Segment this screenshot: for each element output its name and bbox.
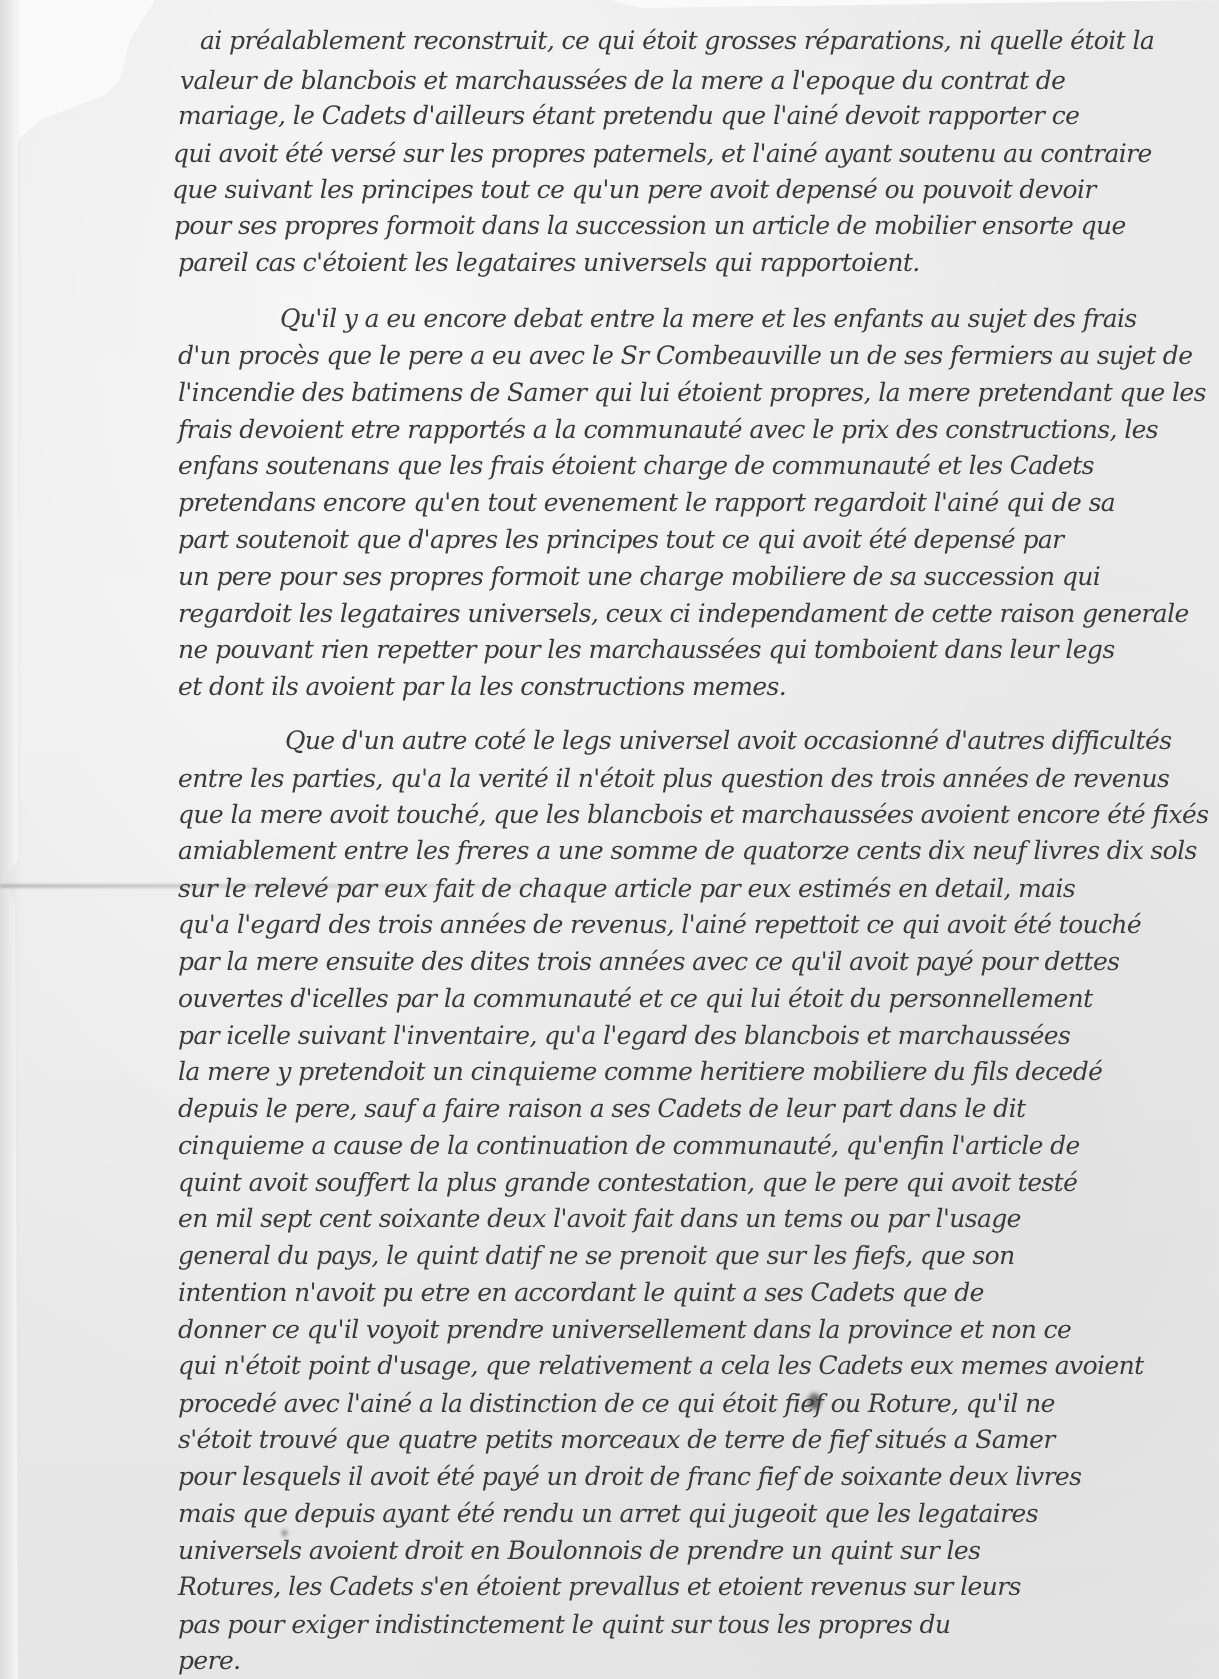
manuscript-line: l'incendie des batimens de Samer qui lui…	[178, 378, 1206, 407]
manuscript-line: amiablement entre les freres a une somme…	[178, 836, 1197, 865]
manuscript-line: depuis le pere, sauf a faire raison a se…	[178, 1094, 1025, 1123]
manuscript-line: entre les parties, qu'a la verité il n'é…	[178, 764, 1169, 793]
manuscript-line: mariage, le Cadets d'ailleurs étant pret…	[178, 101, 1079, 130]
manuscript-line: que suivant les principes tout ce qu'un …	[172, 175, 1096, 204]
manuscript-line: regardoit les legataires universels, ceu…	[178, 599, 1189, 628]
manuscript-line: mais que depuis ayant été rendu un arret…	[178, 1499, 1038, 1528]
manuscript-scan: ai préalablement reconstruit, ce qui éto…	[0, 0, 1219, 1679]
manuscript-line: par icelle suivant l'inventaire, qu'a l'…	[178, 1021, 1070, 1050]
manuscript-line: pretendans encore qu'en tout evenement l…	[178, 488, 1115, 517]
manuscript-line: sur le relevé par eux fait de chaque art…	[178, 874, 1075, 903]
manuscript-line: qui n'étoit point d'usage, que relativem…	[178, 1351, 1144, 1380]
manuscript-line: par la mere ensuite des dites trois anné…	[178, 947, 1119, 976]
manuscript-line: s'étoit trouvé que quatre petits morceau…	[178, 1425, 1055, 1454]
manuscript-line: enfans soutenans que les frais étoient c…	[178, 451, 1094, 480]
manuscript-line: intention n'avoit pu etre en accordant l…	[178, 1278, 984, 1307]
manuscript-line: general du pays, le quint datif ne se pr…	[178, 1241, 1015, 1270]
manuscript-line: cinquieme a cause de la continuation de …	[178, 1131, 1080, 1160]
manuscript-line: Que d'un autre coté le legs universel av…	[285, 726, 1171, 755]
manuscript-line: qu'a l'egard des trois années de revenus…	[178, 910, 1141, 939]
manuscript-line: ai préalablement reconstruit, ce qui éto…	[200, 26, 1154, 55]
manuscript-line: quint avoit souffert la plus grande cont…	[178, 1168, 1077, 1197]
manuscript-line: universels avoient droit en Boulonnois d…	[178, 1536, 980, 1565]
manuscript-line: un pere pour ses propres formoit une cha…	[178, 562, 1100, 591]
manuscript-line: qui avoit été versé sur les propres pate…	[173, 139, 1152, 168]
manuscript-line: en mil sept cent soixante deux l'avoit f…	[178, 1204, 1021, 1233]
paper-edge	[0, 0, 22, 1679]
manuscript-line: la mere y pretendoit un cinquieme comme …	[178, 1057, 1102, 1086]
manuscript-line: Rotures, les Cadets s'en étoient prevall…	[178, 1572, 1021, 1601]
manuscript-line: valeur de blancbois et marchaussées de l…	[180, 66, 1065, 95]
manuscript-line: pour ses propres formoit dans la success…	[174, 211, 1126, 240]
manuscript-line: donner ce qu'il voyoit prendre universel…	[178, 1315, 1071, 1344]
manuscript-line: procedé avec l'ainé a la distinction de …	[178, 1389, 1055, 1418]
manuscript-line: et dont ils avoient par la les construct…	[178, 672, 786, 701]
manuscript-line: d'un procès que le pere a eu avec le Sr …	[178, 341, 1192, 370]
manuscript-line: part soutenoit que d'apres les principes…	[178, 525, 1064, 554]
manuscript-line: ouvertes d'icelles par la communauté et …	[178, 984, 1093, 1013]
manuscript-line: ne pouvant rien repetter pour les marcha…	[178, 635, 1115, 664]
manuscript-line: pas pour exiger indistinctement le quint…	[178, 1610, 950, 1639]
manuscript-line: pareil cas c'étoient les legataires univ…	[178, 248, 920, 277]
manuscript-line: Qu'il y a eu encore debat entre la mere …	[280, 304, 1137, 333]
manuscript-line: que la mere avoit touché, que les blancb…	[178, 800, 1208, 829]
manuscript-line: pere.	[178, 1646, 241, 1675]
manuscript-line: pour lesquels il avoit été payé un droit…	[178, 1462, 1081, 1491]
manuscript-line: frais devoient etre rapportés a la commu…	[178, 415, 1158, 444]
